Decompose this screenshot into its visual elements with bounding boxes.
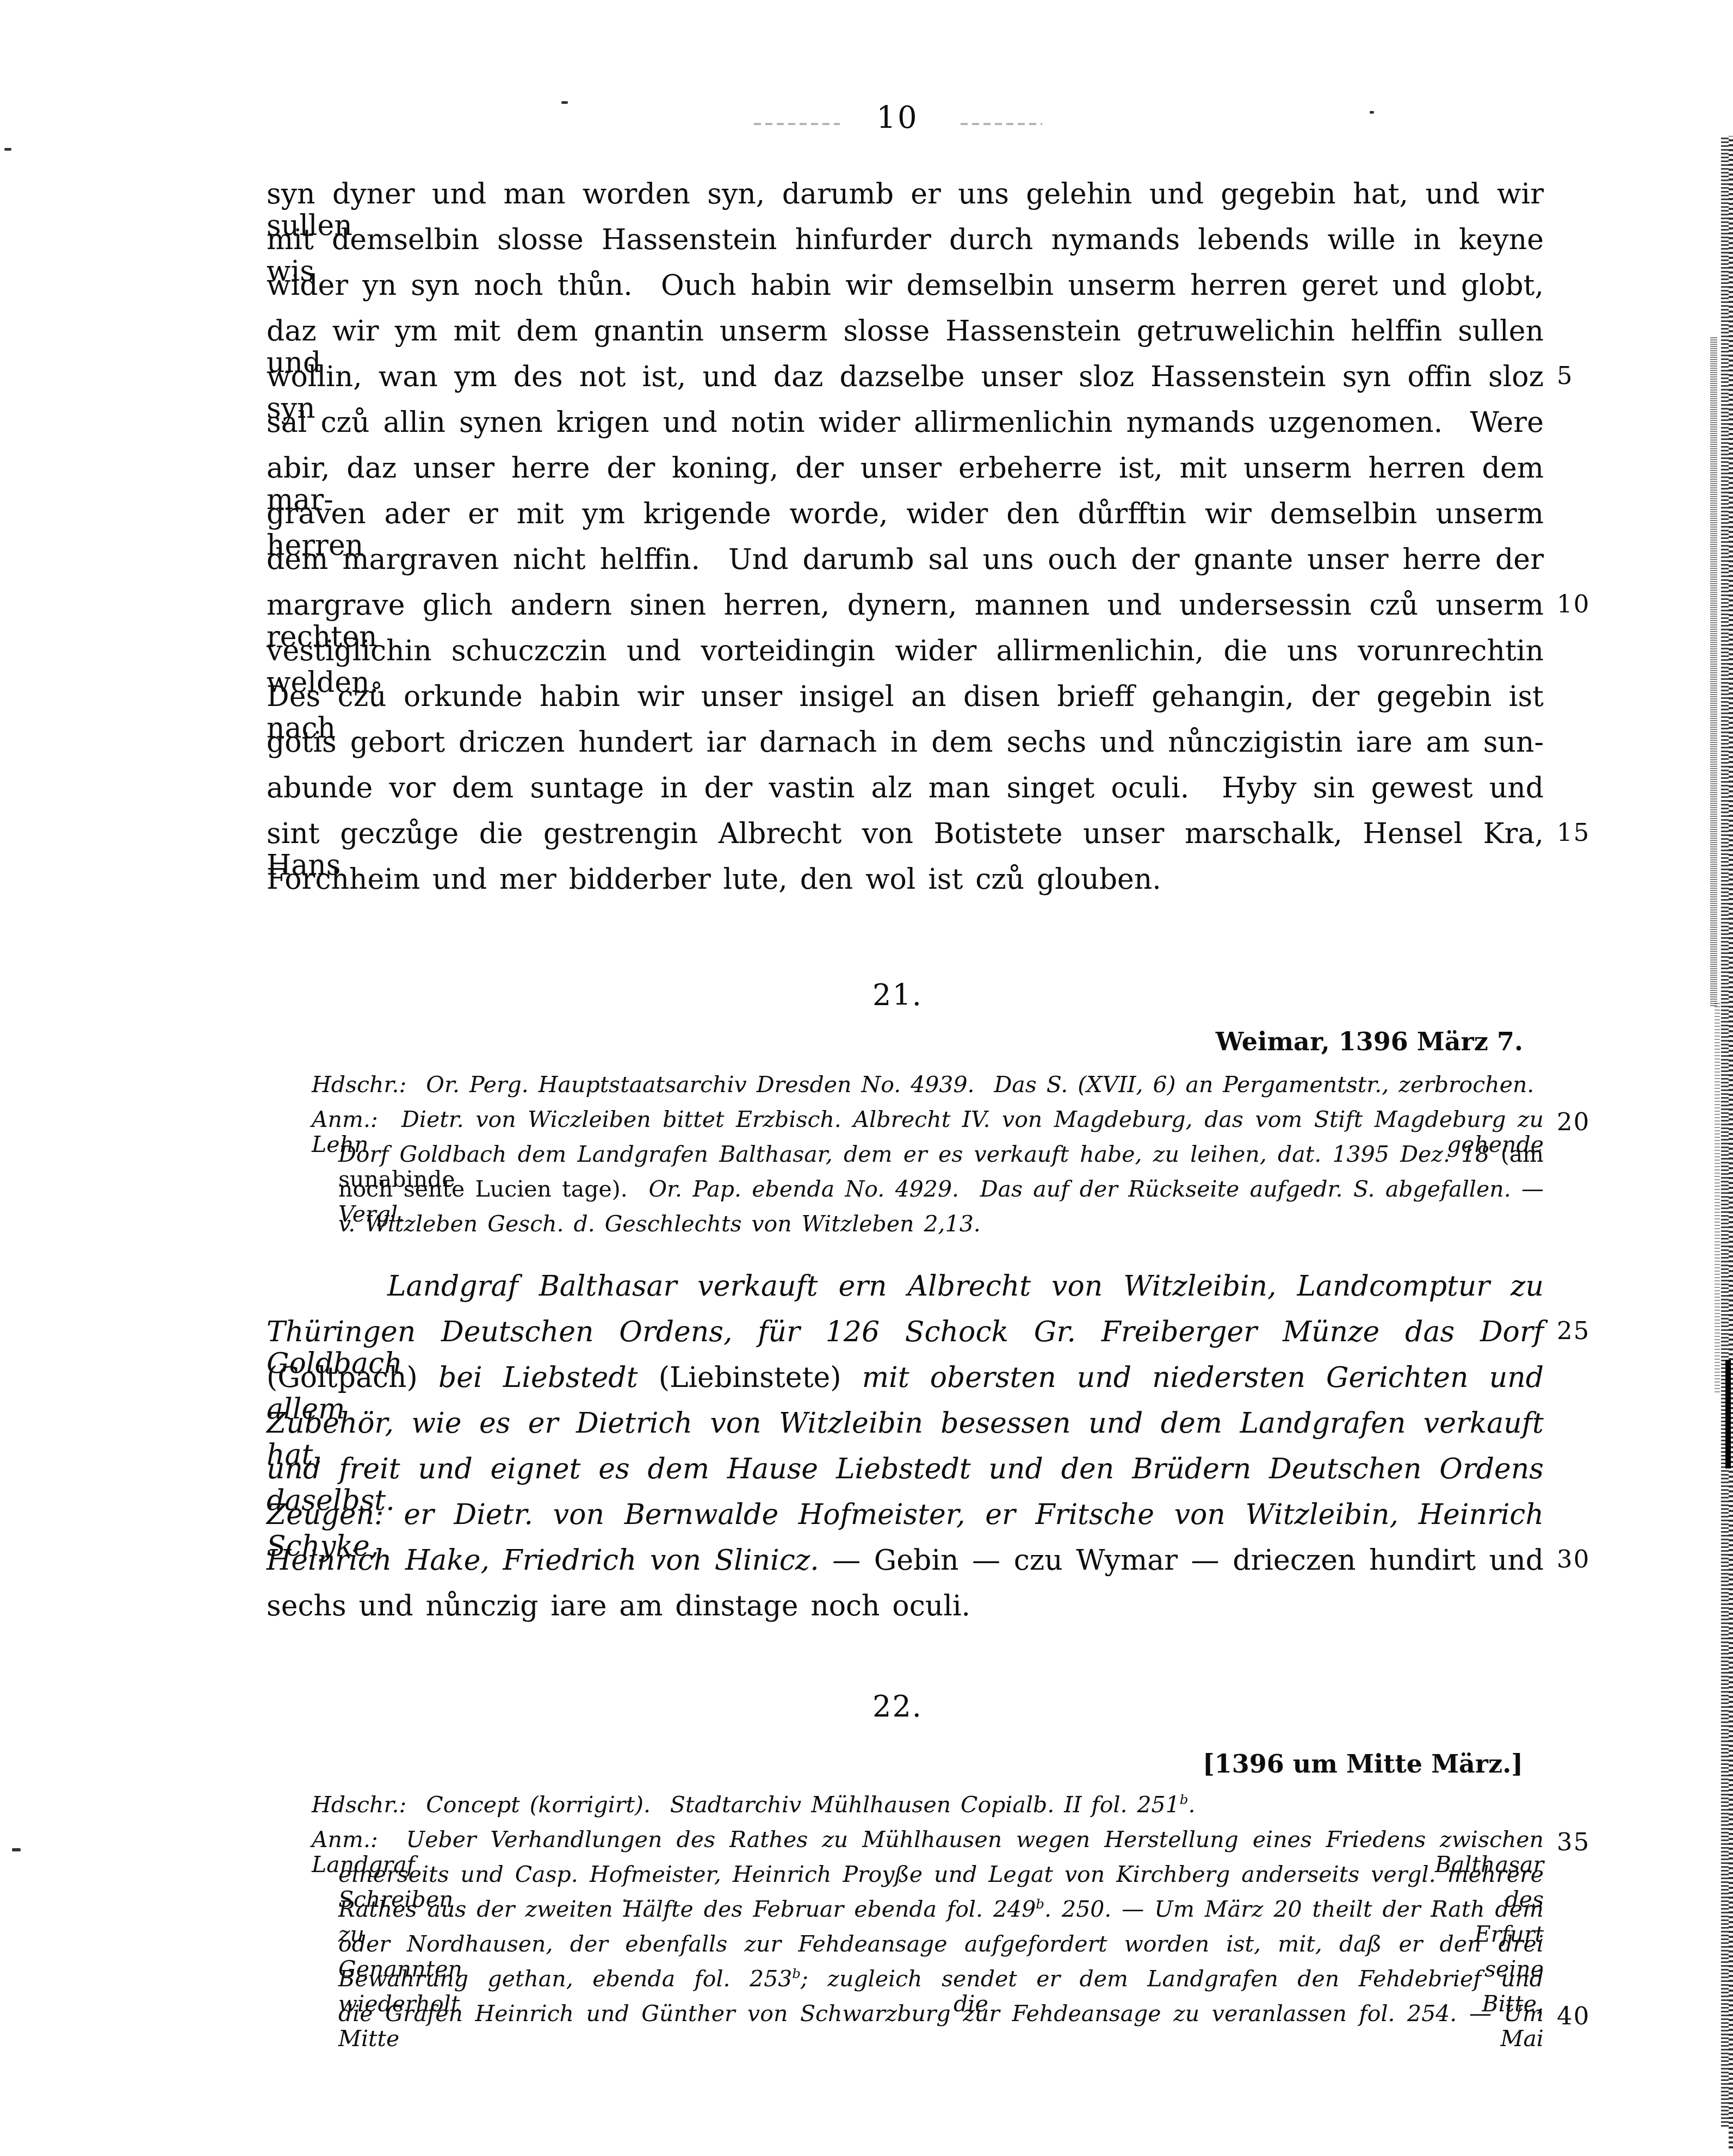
text-run: gotis gebort driczen hundert iar darnach… (267, 726, 1544, 759)
text-run: (Liebinstete) (659, 1361, 862, 1394)
text-run: b (1180, 1792, 1189, 1807)
text-run: die Grafen Heinrich und Günther von Schw… (338, 2000, 1544, 2052)
text-run: Anm.: (312, 1826, 406, 1853)
entry-21-number: 21. (789, 978, 1006, 1012)
text-run: Dorf Goldbach dem Landgrafen Balthasar, … (338, 1141, 1501, 1167)
text-run: noch sente Lucien tage). (338, 1176, 648, 1202)
text-run: Hdschr.: (312, 1792, 426, 1818)
text-line: gotis gebort driczen hundert iar darnach… (267, 727, 1544, 758)
text-run: sal czů allin synen krigen und notin wid… (267, 406, 1544, 439)
text-run: v. Witzleben Gesch. d. Geschlechts von W… (338, 1211, 981, 1237)
text-run: Hdschr.: (312, 1071, 426, 1098)
text-line: v. Witzleben Gesch. d. Geschlechts von W… (338, 1212, 1544, 1237)
page-number: 10 (789, 100, 1006, 135)
line-number-margin: 5 (1557, 362, 1574, 389)
line-number-margin: 10 (1557, 591, 1590, 618)
line-number-margin: 15 (1557, 819, 1590, 846)
entry-22-dateline: [1396 um Mitte März.] (267, 1749, 1523, 1779)
text-run: abunde vor dem suntage in der vastin alz… (267, 772, 1544, 804)
scan-speck (1370, 111, 1374, 114)
text-line: Hdschr.: Concept (korrigirt). Stadtarchi… (312, 1793, 1544, 1818)
line-number-margin: 25 (1557, 1317, 1590, 1345)
text-run: b (792, 1966, 801, 1981)
text-run: Bewahrung gethan, ebenda fol. 253 (338, 1966, 792, 1992)
text-run: b (1036, 1896, 1044, 1912)
text-run: Concept (korrigirt). Stadtarchiv Mühlhau… (426, 1792, 1180, 1818)
entry-21-dateline: Weimar, 1396 März 7. (267, 1027, 1523, 1056)
text-run: (Goltpach) (267, 1361, 438, 1394)
text-run: wider yn syn noch thůn. Ouch habin wir d… (267, 269, 1544, 302)
text-line: abunde vor dem suntage in der vastin alz… (267, 772, 1544, 804)
line-number-margin: 20 (1557, 1108, 1590, 1136)
header-rule-right (961, 123, 1042, 125)
text-run: Rathes aus der zweiten Hälfte des Februa… (338, 1896, 1036, 1922)
text-line: sal czů allin synen krigen und notin wid… (267, 407, 1544, 438)
text-run: Landgraf Balthasar verkauft ern Albrecht… (387, 1270, 1544, 1303)
text-run: — Gebin — czu Wymar — drieczen hundirt u… (832, 1544, 1544, 1577)
scan-edge-noise (1721, 136, 1729, 2127)
text-run: . (1189, 1792, 1196, 1818)
text-line: wider yn syn noch thůn. Ouch habin wir d… (267, 270, 1544, 301)
line-number-margin: 35 (1557, 1829, 1590, 1856)
text-run: Heinrich Hake, Friedrich von Slinicz. (267, 1544, 832, 1577)
text-run: sechs und nůnczig iare am dinstage noch … (267, 1590, 970, 1622)
text-line: dem margraven nicht helffin. Und darumb … (267, 544, 1544, 575)
text-run: Or. Perg. Hauptstaatsarchiv Dresden No. … (426, 1071, 1534, 1098)
line-number-margin: 30 (1557, 1546, 1590, 1573)
scan-edge-noise (1715, 1001, 1720, 1392)
text-line: Hdschr.: Or. Perg. Hauptstaatsarchiv Dre… (312, 1073, 1544, 1098)
text-line: Forchheim und mer bidderber lute, den wo… (267, 864, 1544, 895)
text-run: dem margraven nicht helffin. Und darumb … (267, 543, 1544, 576)
text-line: Heinrich Hake, Friedrich von Slinicz. — … (267, 1545, 1544, 1576)
entry-22-number: 22. (789, 1689, 1006, 1724)
scan-speck (4, 148, 11, 151)
scan-edge-noise (1710, 337, 1717, 1006)
text-line: sechs und nůnczig iare am dinstage noch … (267, 1590, 1544, 1622)
line-number-margin: 40 (1557, 2003, 1590, 2030)
text-run: bei Liebstedt (438, 1361, 659, 1394)
text-run: Forchheim und mer bidderber lute, den wo… (267, 863, 1161, 896)
scan-speck (623, 1899, 626, 1902)
scan-speck (561, 101, 568, 104)
scan-speck (12, 1848, 21, 1851)
text-line: Landgraf Balthasar verkauft ern Albrecht… (387, 1271, 1544, 1302)
scanned-document-page: 10 syn dyner und man worden syn, darumb … (0, 0, 1733, 2156)
text-line: die Grafen Heinrich und Günther von Schw… (338, 2002, 1544, 2052)
text-run: Anm.: (312, 1106, 401, 1132)
scan-edge-noise (1729, 136, 1733, 2148)
